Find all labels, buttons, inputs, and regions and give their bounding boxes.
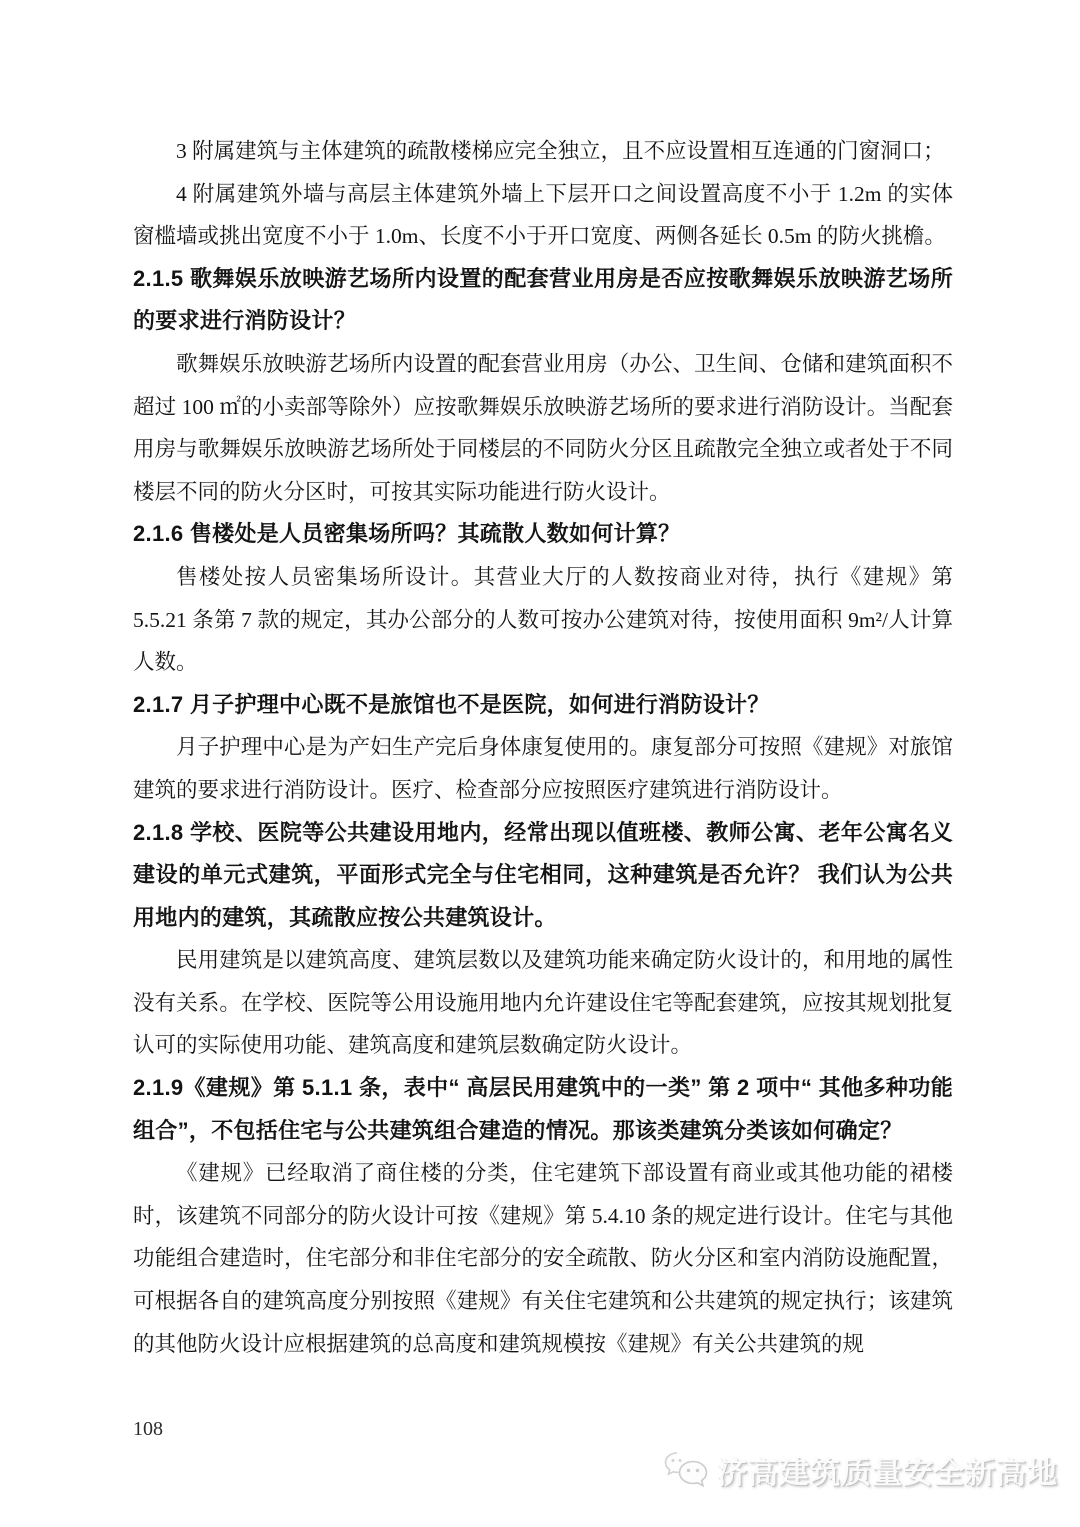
list-item-3: 3 附属建筑与主体建筑的疏散楼梯应完全独立，且不应设置相互连通的门窗洞口； — [133, 130, 953, 173]
question-2-1-7: 2.1.7 月子护理中心既不是旅馆也不是医院，如何进行消防设计？ — [133, 684, 953, 727]
answer-2-1-9: 《建规》已经取消了商住楼的分类，住宅建筑下部设置有商业或其他功能的裙楼时，该建筑… — [133, 1152, 953, 1365]
answer-2-1-6: 售楼处按人员密集场所设计。其营业大厅的人数按商业对待，执行《建规》第 5.5.2… — [133, 556, 953, 684]
answer-2-1-7: 月子护理中心是为产妇生产完后身体康复使用的。康复部分可按照《建规》对旅馆建筑的要… — [133, 726, 953, 811]
question-2-1-8: 2.1.8 学校、医院等公共建设用地内，经常出现以值班楼、教师公寓、老年公寓名义… — [133, 812, 953, 940]
document-page: 3 附属建筑与主体建筑的疏散楼梯应完全独立，且不应设置相互连通的门窗洞口； 4 … — [0, 0, 1080, 1527]
question-2-1-5: 2.1.5 歌舞娱乐放映游艺场所内设置的配套营业用房是否应按歌舞娱乐放映游艺场所… — [133, 258, 953, 343]
document-body: 3 附属建筑与主体建筑的疏散楼梯应完全独立，且不应设置相互连通的门窗洞口； 4 … — [133, 130, 953, 1365]
question-2-1-6: 2.1.6 售楼处是人员密集场所吗？其疏散人数如何计算？ — [133, 513, 953, 556]
wechat-icon — [663, 1449, 709, 1491]
answer-2-1-5: 歌舞娱乐放映游艺场所内设置的配套营业用房（办公、卫生间、仓储和建筑面积不超过 1… — [133, 343, 953, 513]
answer-2-1-8: 民用建筑是以建筑高度、建筑层数以及建筑功能来确定防火设计的，和用地的属性没有关系… — [133, 939, 953, 1067]
watermark: 济高建筑质量安全新高地 — [663, 1448, 1058, 1492]
question-2-1-9: 2.1.9《建规》第 5.1.1 条，表中“ 高层民用建筑中的一类” 第 2 项… — [133, 1067, 953, 1152]
watermark-text: 济高建筑质量安全新高地 — [717, 1448, 1058, 1492]
page-number: 108 — [133, 1418, 163, 1441]
list-item-4: 4 附属建筑外墙与高层主体建筑外墙上下层开口之间设置高度不小于 1.2m 的实体… — [133, 173, 953, 258]
